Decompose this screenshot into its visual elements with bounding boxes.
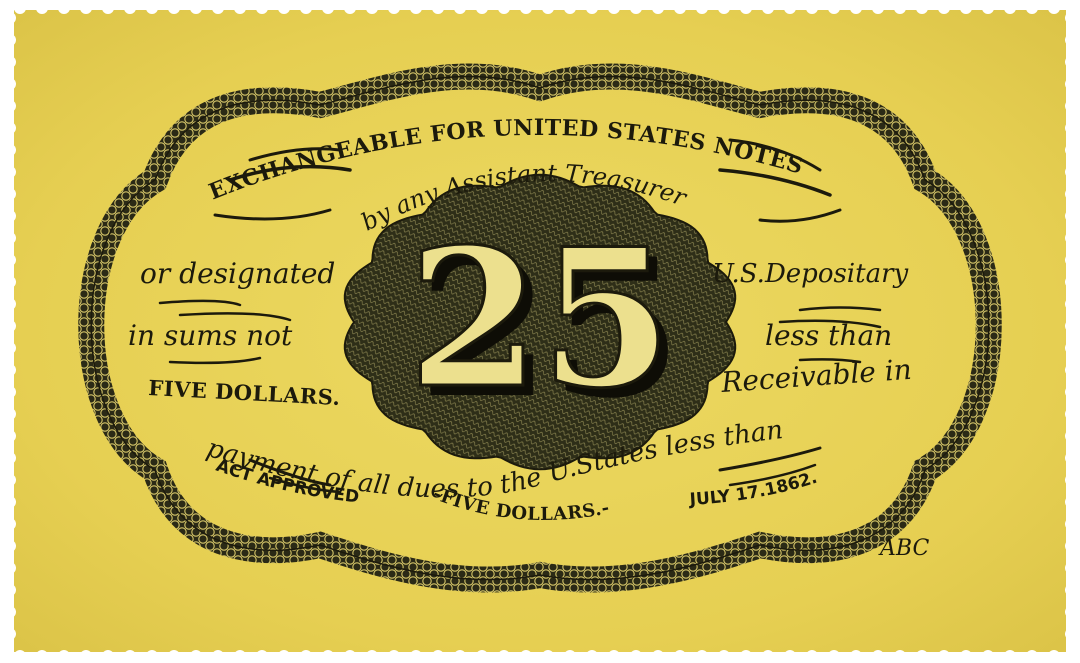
engraver-imprint: ABC xyxy=(878,536,929,561)
right-line-1: U.S.Depositary xyxy=(712,259,909,289)
svg-text:25: 25 xyxy=(408,207,672,430)
denomination: 25 25 xyxy=(408,207,682,440)
left-line-2: in sums not xyxy=(128,319,293,352)
right-line-2: less than xyxy=(765,319,892,352)
left-line-1: or designated xyxy=(140,257,335,290)
fractional-currency-note: EXCHANGEABLE FOR UNITED STATES NOTES by … xyxy=(0,0,1080,663)
